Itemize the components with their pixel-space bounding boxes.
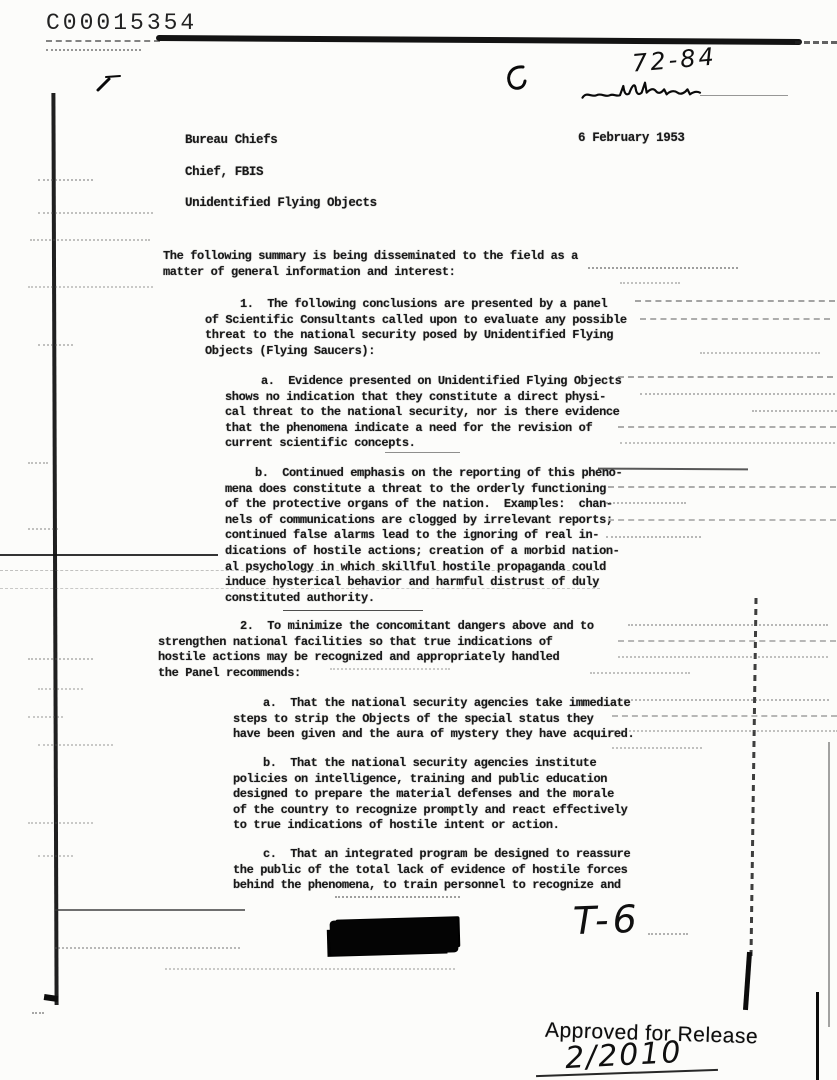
recipient-bureau-chiefs: Bureau Chiefs <box>185 133 277 149</box>
right-crease-dashed-line <box>749 598 757 958</box>
paragraph-1a: a. Evidence presented on Unidentified Fl… <box>225 374 621 452</box>
scan-noise-dash <box>618 640 836 642</box>
scan-noise-dash <box>624 699 829 701</box>
scan-speck-row <box>46 49 141 51</box>
scan-noise-dash <box>55 947 240 949</box>
scan-noise-dash <box>55 909 245 911</box>
scan-noise-dash <box>608 486 836 488</box>
handwritten-file-number: 72-84 <box>631 42 718 77</box>
document-number: C00015354 <box>46 10 197 36</box>
scan-noise-dash <box>28 462 48 464</box>
paragraph-1b: b. Continued emphasis on the reporting o… <box>225 466 622 606</box>
scan-noise-dash <box>32 1012 44 1014</box>
pen-tick-mark <box>94 72 124 94</box>
scan-noise-dash <box>752 410 837 412</box>
redaction-bar <box>330 917 459 956</box>
intro-paragraph: The following summary is being dissemina… <box>163 249 578 280</box>
scan-noise-dash <box>38 855 73 857</box>
scan-noise-dash <box>38 744 113 746</box>
signature-underline <box>700 95 788 96</box>
scan-noise-dash <box>165 968 455 970</box>
scan-noise-dash <box>28 658 93 660</box>
scan-noise-dash <box>38 179 93 181</box>
scan-noise-dash <box>610 730 837 732</box>
left-fold-line-end <box>44 994 59 1002</box>
scan-noise-dash <box>335 896 460 898</box>
memo-date: 6 February 1953 <box>578 131 685 147</box>
scan-noise-dash <box>588 267 738 269</box>
subject-line: Unidentified Flying Objects <box>185 196 377 212</box>
scan-noise-dash <box>620 282 680 284</box>
scan-noise-dash <box>648 933 688 935</box>
recipient-chief-fbis: Chief, FBIS <box>185 165 263 181</box>
scanned-document-page: C00015354 72-84 Bureau Chiefs 6 February… <box>0 0 837 1080</box>
scan-noise-dash <box>612 747 702 749</box>
bottom-right-edge-line <box>816 992 819 1080</box>
scan-noise-dash <box>0 554 218 556</box>
scan-noise-dash <box>640 393 835 395</box>
scan-noise-dash <box>0 588 600 589</box>
scan-noise-dash <box>608 519 836 521</box>
scan-noise-dash <box>0 570 595 571</box>
scan-noise-dash <box>330 668 450 670</box>
scan-noise-dash <box>606 502 686 504</box>
scan-noise-dash <box>628 624 828 626</box>
scan-noise-dash <box>28 286 153 288</box>
scan-noise-dash <box>385 452 460 453</box>
scan-noise-dash <box>38 688 83 690</box>
handwritten-loop-mark <box>505 64 531 92</box>
scan-noise-dash <box>38 344 73 346</box>
scan-noise-dash <box>618 656 828 658</box>
paragraph-1: 1. The following conclusions are present… <box>205 297 627 359</box>
handwritten-page-mark: T-6 <box>572 897 641 943</box>
left-fold-line <box>51 93 58 1005</box>
scan-noise-dash <box>612 715 837 717</box>
paragraph-2: 2. To minimize the concomitant dangers a… <box>158 619 594 681</box>
scan-noise-dash <box>28 716 63 718</box>
scan-noise-dash <box>640 318 830 320</box>
scan-noise-dash <box>590 672 690 674</box>
paragraph-2c: c. That an integrated program be designe… <box>233 847 630 894</box>
scan-noise-dash <box>30 239 150 241</box>
scan-noise-dash <box>618 376 833 378</box>
right-crease-solid-line <box>743 952 752 1010</box>
scan-noise-dash <box>606 536 701 538</box>
scan-noise-dash <box>38 212 153 214</box>
scan-noise-dash <box>28 528 58 530</box>
scan-noise-dash <box>700 352 820 354</box>
page-edge-gray-line <box>828 742 830 1027</box>
scan-noise-dash <box>620 442 835 444</box>
handwritten-signature <box>580 76 705 106</box>
scan-noise-dash <box>283 610 423 611</box>
paragraph-2a: a. That the national security agencies t… <box>233 696 634 743</box>
paragraph-2b: b. That the national security agencies i… <box>233 756 627 834</box>
scan-noise-dash <box>635 300 835 302</box>
scan-noise-dash <box>28 822 93 824</box>
scan-line-artifact <box>46 40 160 42</box>
scan-line-artifact <box>795 41 837 44</box>
scan-noise-dash <box>618 426 836 428</box>
